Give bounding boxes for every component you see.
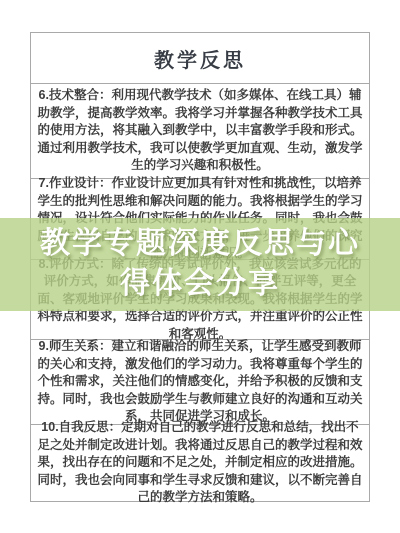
watermark-title-line2: 得体会分享 [0,264,400,304]
section-text-6: 6.技术整合：利用现代教学技术（如多媒体、在线工具）辅助教学，提高教学效率。我将… [36,87,364,174]
section-row-9: 9.师生关系：建立和谐融洽的师生关系，让学生感受到教师的关心和支持，激发他们的学… [31,339,369,424]
page-title: 教学反思 [154,44,246,73]
table-title-row: 教学反思 [31,33,369,83]
section-row-6: 6.技术整合：利用现代教学技术（如多媒体、在线工具）辅助教学，提高教学效率。我将… [31,83,369,178]
watermark-title-line1: 教学专题深度反思与心 [0,224,400,264]
section-text-10: 10.自我反思：定期对自己的教学进行反思和总结，找出不足之处并制定改进计划。我将… [36,419,364,506]
section-row-10: 10.自我反思：定期对自己的教学进行反思和总结，找出不足之处并制定改进计划。我将… [31,424,369,501]
document-page: 教学反思 6.技术整合：利用现代教学技术（如多媒体、在线工具）辅助教学，提高教学… [0,0,400,533]
watermark-title: 教学专题深度反思与心 得体会分享 [0,224,400,304]
section-text-9: 9.师生关系：建立和谐融洽的师生关系，让学生感受到教师的关心和支持，激发他们的学… [36,338,364,425]
